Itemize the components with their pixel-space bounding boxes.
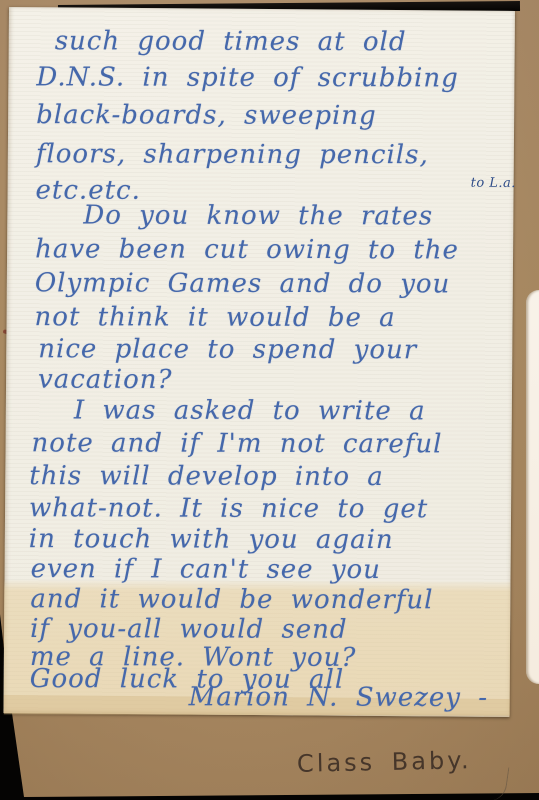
letter-line: even if I can't see you [31,554,381,585]
insertion-note: to L.a. [471,176,516,191]
letter-line: Do you know the rates [83,201,433,232]
letter-line: and it would be wonderful [30,584,433,615]
letter-line: this will develop into a [29,461,384,492]
letter-line: have been cut owing to the [35,234,459,265]
letter-line: not think it would be a [35,302,396,333]
folder-tab-notch [526,290,539,684]
pencil-mark [486,765,510,800]
letter-line: D.N.S. in spite of scrubbing [36,62,458,93]
signature: Marion N. Swezey - [189,682,489,713]
folder-note: Class Baby. [297,746,472,778]
letter-line: in touch with you again [29,524,394,555]
letter-line: Olympic Games and do you [35,268,451,299]
letter-line: note and if I'm not careful [32,428,443,459]
letter-line: such good times at old [55,26,407,57]
letter-line: I was asked to write a [74,395,426,426]
letter-line: nice place to spend your [38,334,417,365]
letter-line: what-not. It is nice to get [29,493,428,524]
letter-line: floors, sharpening pencils, [36,139,429,170]
letter-line: black-boards, sweeping [36,100,377,131]
letter-line: if you-all would send [30,614,348,645]
letter-line: vacation? [38,365,172,395]
letter-page: such good times at old D.N.S. in spite o… [3,7,515,717]
